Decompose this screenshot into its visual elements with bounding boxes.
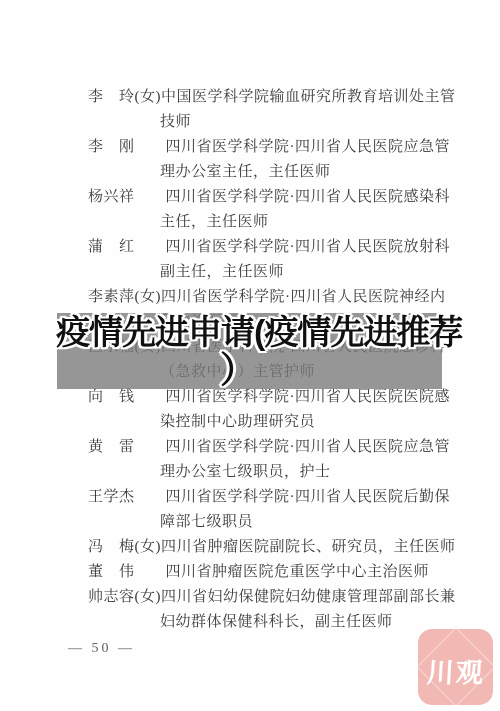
- roster-entry: 黄 雷 四川省医学科学院·四川省人民医院应急管 理办公室七级职员，护士: [88, 435, 452, 485]
- page-number: — 50 —: [68, 641, 135, 657]
- roster-entry: 董 伟 四川省肿瘤医院危重医学中心主治医师: [88, 560, 452, 585]
- roster-line: 王学杰 四川省医学科学院·四川省人民医院后勤保: [88, 485, 452, 510]
- roster-line: 董 伟 四川省肿瘤医院危重医学中心主治医师: [88, 560, 452, 585]
- watermark-badge: 川观: [418, 629, 493, 705]
- roster-line: 杨兴祥 四川省医学科学院·四川省人民医院感染科: [88, 185, 452, 210]
- roster-line: 副主任，主任医师: [160, 260, 452, 285]
- roster-entry: 冯 梅(女)四川省肿瘤医院副院长、研究员，主任医师: [88, 535, 452, 560]
- roster-line: 黄 雷 四川省医学科学院·四川省人民医院应急管: [88, 435, 452, 460]
- roster-line: 技师: [160, 110, 452, 135]
- roster-entry: 李 玲(女)中国医学科学院输血研究所教育培训处主管 技师: [88, 85, 452, 135]
- roster-line: 李素萍(女)四川省医学科学院·四川省人民医院神经内: [88, 285, 452, 310]
- roster-entry: 向 钱 四川省医学科学院·四川省人民医院医院感 染控制中心助理研究员: [88, 385, 452, 435]
- roster-line: 理办公室主任，主任医师: [160, 160, 452, 185]
- roster-entry: 杨兴祥 四川省医学科学院·四川省人民医院感染科 主任，主任医师: [88, 185, 452, 235]
- overlay-headline-line1: 疫情先进申请(疫情先进推荐: [56, 316, 456, 350]
- scanned-document-page: 李 玲(女)中国医学科学院输血研究所教育培训处主管 技师 李 刚 四川省医学科学…: [0, 0, 500, 711]
- roster-entry: 帅志容(女)四川省妇幼保健院妇幼健康管理部副部长兼 妇幼群体保健科科长，副主任医…: [88, 585, 452, 635]
- roster-line: 李 刚 四川省医学科学院·四川省人民医院应急管: [88, 135, 452, 160]
- roster-line: 染控制中心助理研究员: [160, 410, 452, 435]
- roster-entry: 李 刚 四川省医学科学院·四川省人民医院应急管 理办公室主任，主任医师: [88, 135, 452, 185]
- overlay-headline-line2: ）: [220, 352, 456, 388]
- overlay-headline: 疫情先进申请(疫情先进推荐 ）: [56, 316, 456, 388]
- roster-entry: 蒲 红 四川省医学科学院·四川省人民医院放射科 副主任，主任医师: [88, 235, 452, 285]
- roster-line: 理办公室七级职员，护士: [160, 460, 452, 485]
- watermark-text: 川观: [425, 651, 485, 690]
- roster-line: 冯 梅(女)四川省肿瘤医院副院长、研究员，主任医师: [88, 535, 452, 560]
- roster-entry: 王学杰 四川省医学科学院·四川省人民医院后勤保 障部七级职员: [88, 485, 452, 535]
- roster-line: 李 玲(女)中国医学科学院输血研究所教育培训处主管: [88, 85, 452, 110]
- roster-line: 障部七级职员: [160, 510, 452, 535]
- roster-line: 蒲 红 四川省医学科学院·四川省人民医院放射科: [88, 235, 452, 260]
- roster-line: 帅志容(女)四川省妇幼保健院妇幼健康管理部副部长兼: [88, 585, 452, 610]
- roster-line: 妇幼群体保健科科长，副主任医师: [160, 610, 452, 635]
- roster-line: 主任，主任医师: [160, 210, 452, 235]
